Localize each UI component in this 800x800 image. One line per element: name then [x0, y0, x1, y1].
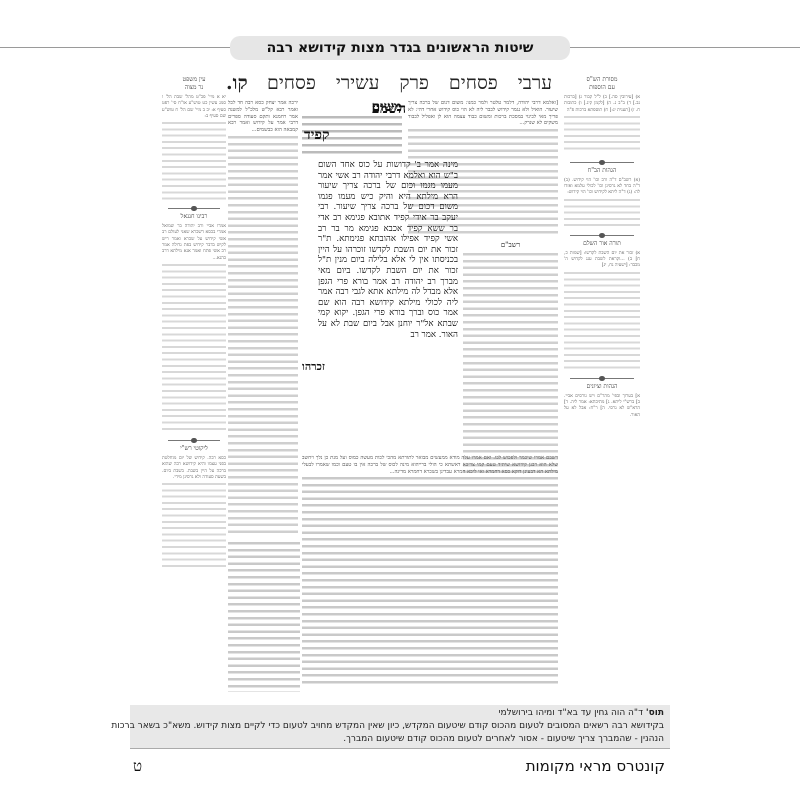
tosafot-top-filler	[228, 134, 298, 534]
banner-title: שיטות הראשונים בגדר מצות קידושא רבה	[230, 36, 570, 60]
torah-or-text: א) זכור את יום השבת לקדשו: [שמות כ, ח] ב…	[564, 251, 640, 270]
rabbeinu-chananel-filler	[162, 262, 226, 432]
commentary-bottom-left	[228, 540, 300, 692]
ein-mishpat-text: יא א מיי' פכ"ט מהל' שבת הל' ו סמג עשין כ…	[162, 95, 226, 120]
book-title: קונטרס מראי מקומות	[526, 757, 665, 775]
ornament-divider	[570, 160, 634, 165]
gemara-text: מינה אמר ב' קדושות על כוס אחד השום ב"ש ה…	[318, 160, 458, 452]
tosafot-top-text: ירכה אמר יצחק כסא רבה חד לכל ואמר רבא קל…	[228, 100, 298, 133]
ein-mishpat-heading: עין משפט נר מצוה	[162, 76, 226, 92]
rabbeinu-chananel-heading: רבינו חננאל	[162, 213, 226, 221]
note-label: תוס'	[646, 708, 664, 718]
hagahot-vetziyunim-text: א] בערוך ובפי' מהר"ם ויש גורסים אביי. ב]…	[564, 394, 640, 419]
commentary-bottom-text: רשבם אמרו שיכמר ולפכוש לכו. ואם אמרו עלה…	[302, 455, 558, 475]
tosafot-top: ירכה אמר יצחק כסא רבה חד לכל ואמר רבא קל…	[228, 100, 298, 540]
torah-or-filler	[564, 270, 640, 370]
torah-or-heading: תורה אור השלם	[564, 240, 640, 248]
folio-number: קו.	[226, 72, 248, 95]
running-title: ערבי פסחים פרק עשירי פסחים	[267, 72, 552, 95]
likutei-rashi-filler	[162, 481, 226, 571]
commentary-bottom-left-filler	[228, 540, 300, 692]
note-line-2: בקידושא רבה רשאים המסובים לטעום מהכוס קו…	[136, 720, 664, 733]
gemara-lead-word-zachrehu: זכרהו	[302, 360, 325, 374]
rabbeinu-chananel-text: אמרו אביי ורב יהודה בר שמואל אמרי בכסא ד…	[162, 224, 226, 262]
ornament-divider	[570, 233, 634, 238]
tosafot-note-box: תוס' ד"ה הוה גחין עד בא"ד ומיהו בירושלמי…	[130, 705, 670, 749]
note-citation: ד"ה הוה גחין עד בא"ד ומיהו בירושלמי	[499, 708, 643, 718]
masoret-hashas-heading: מסורת הש"ס עם הוספות	[564, 76, 640, 92]
rashbam-heading: רשב"ם	[463, 242, 558, 249]
right-margin: מסורת הש"ס עם הוספות א) [עירובין סה.] ב)…	[564, 74, 640, 604]
hagahot-vetziyunim-heading: הגהות וציונים	[564, 383, 640, 391]
masoret-hashas-text: א) [עירובין סה.] ב) ל"ל קבור ג) [ברכות נ…	[564, 95, 640, 114]
hagahot-filler	[564, 197, 640, 227]
commentary-bottom: רשבם אמרו שיכמר ולפכוש לכו. ואם אמרו עלה…	[302, 455, 558, 692]
left-margin: עין משפט נר מצוה יא א מיי' פכ"ט מהל' שבת…	[162, 74, 226, 594]
commentary-bottom-filler	[302, 475, 558, 685]
ein-mishpat-filler	[162, 120, 226, 200]
masoret-hashas-filler	[564, 114, 640, 154]
ornament-divider	[168, 438, 220, 443]
rashbam-top-text: [ואלמא דרבי יהודה, דלמר טלטר ולמר כמנו: …	[408, 100, 558, 126]
hagahot-habach-heading: הגהות הב"ח	[564, 167, 640, 175]
gemara-body: מינה אמר ב' קדושות על כוס אחד השום ב"ש ה…	[318, 160, 458, 340]
gemara-lead-word-shma: השמע	[372, 102, 406, 116]
hagahot-habach-text: (א) רשב"ם ד"ה ורב וכו' הוי קידוש. (ב) ד"…	[564, 178, 640, 197]
page-letter: ט	[133, 757, 142, 776]
likutei-rashi-text: כסא רבה. קידוש של יום מוחלטת בפני עצמו ו…	[162, 456, 226, 481]
ornament-divider	[570, 376, 634, 381]
note-line-3: הנהנין - שהמברך צריך שיטעום - אסור לאחרי…	[136, 733, 664, 746]
talmud-page: [ואלמא דרבי יהודה, דלמר טלטר ולמר כמנו: …	[228, 100, 558, 692]
page-header: ערבי פסחים פרק עשירי פסחים קו.	[222, 72, 562, 98]
likutei-rashi-heading: ליקוטי רש"י	[162, 445, 226, 453]
ornament-divider	[168, 206, 220, 211]
note-line-1: תוס' ד"ה הוה גחין עד בא"ד ומיהו בירושלמי	[136, 707, 664, 720]
gemara-lead-word-kapid: קפיד	[304, 128, 330, 142]
